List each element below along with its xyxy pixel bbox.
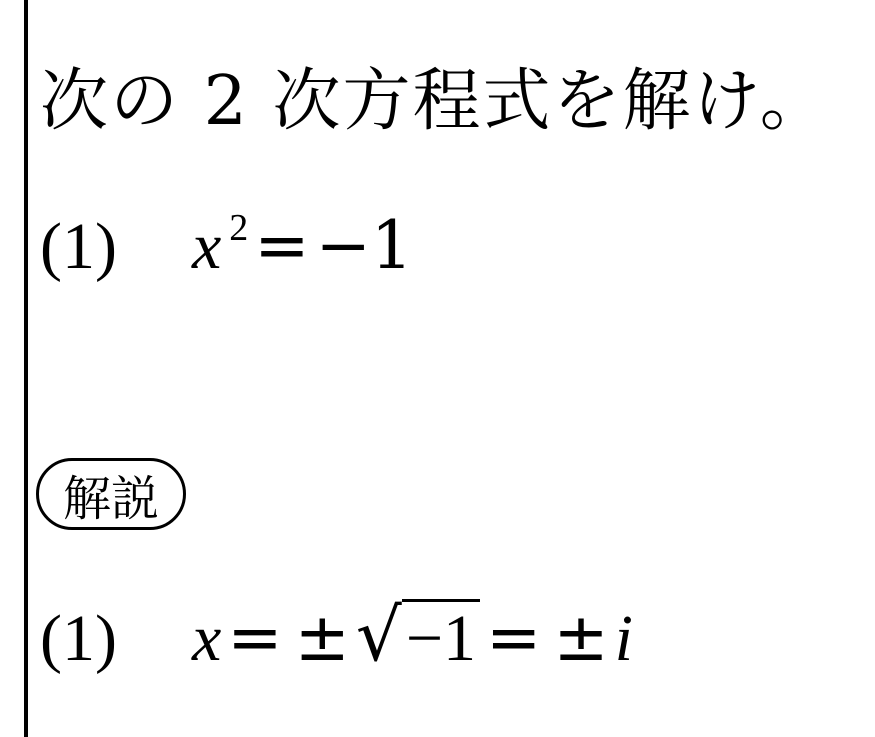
answer-number: (1) (40, 594, 192, 684)
square-root: √−1 (356, 590, 480, 684)
radicand: −1 (402, 599, 480, 675)
problem-instruction: 次の 2 次方程式を解け。 (40, 62, 830, 142)
exponent: 2 (229, 207, 248, 249)
plus-minus-sign: ± (553, 599, 608, 676)
left-margin-rule (24, 0, 28, 737)
explanation-badge: 解説 (36, 458, 186, 530)
equals-sign: = (227, 599, 282, 676)
rhs-value: −1 (316, 207, 413, 284)
radical-sign-icon: √ (356, 593, 402, 677)
plus-minus-sign: ± (295, 599, 350, 676)
variable-x: x (192, 602, 221, 675)
equals-sign: = (254, 207, 309, 284)
problem-item-1: (1)x2=−1 (40, 188, 413, 287)
imaginary-unit: i (615, 602, 633, 675)
variable-x: x (192, 210, 221, 283)
answer-item-1: (1)x=±√−1=±i (40, 590, 633, 684)
equals-sign: = (486, 599, 541, 676)
problem-number: (1) (40, 207, 192, 287)
